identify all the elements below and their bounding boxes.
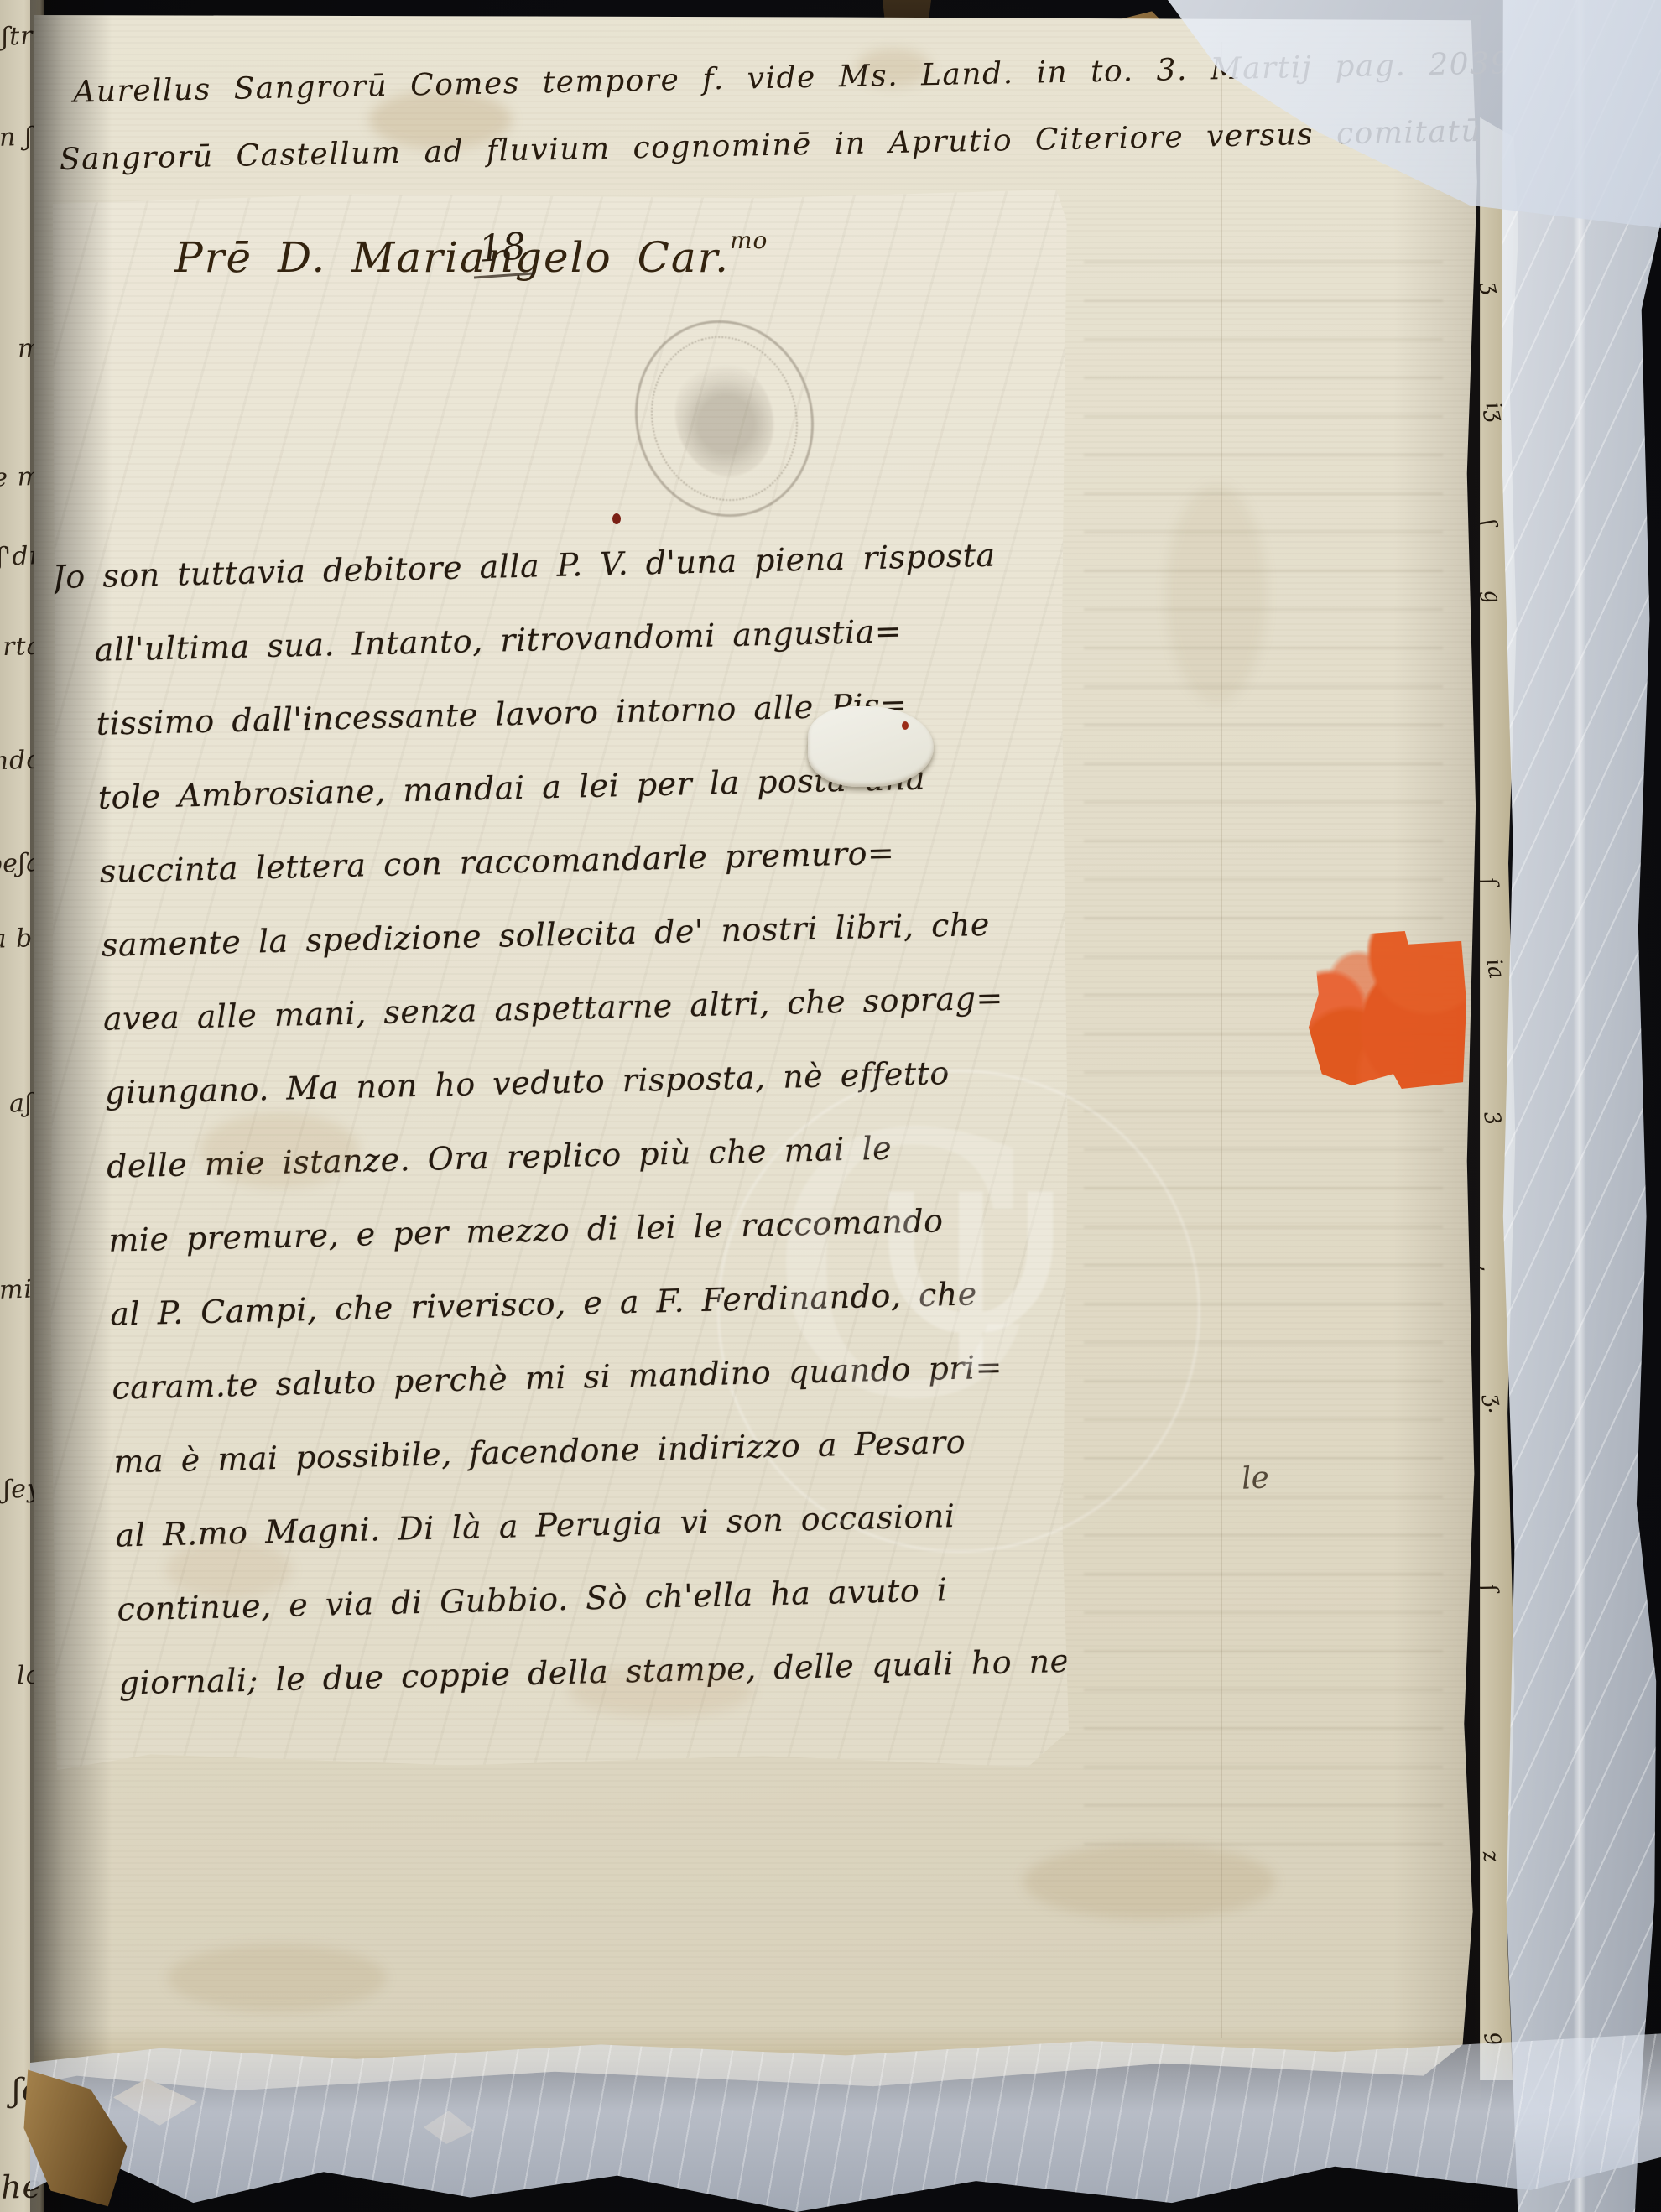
salutation-superscript: mo <box>730 226 768 254</box>
ink-fragment: z <box>1480 1848 1504 1865</box>
ink-fragment: ſ <box>1480 875 1502 888</box>
ink-fragment: ʒ. <box>1480 1392 1508 1416</box>
paper-stain <box>1023 1844 1275 1919</box>
page-curl <box>424 2111 474 2144</box>
spillover-word: le <box>1241 1460 1270 1496</box>
paper-stain <box>200 1112 359 1188</box>
ink-speck <box>612 513 621 524</box>
page-number: 18 <box>471 225 534 279</box>
letter-sheet: Prē D. Mariangelo Car.mo 18 Jo son tutta… <box>49 190 1069 1773</box>
ink-fragment: 3 <box>1480 1109 1506 1127</box>
manuscript-photo: ʃtri n ʃi m he m ʃ'dr harta vendo peʃa l… <box>0 0 1661 2212</box>
ink-fragment: , <box>1480 1262 1502 1273</box>
underleaf-edge: ʒ iʒ ʃ g ſ ia 3 , ʒ. ſ z 9 <box>1480 117 1518 2080</box>
ink-fragment: g <box>1480 587 1506 606</box>
ink-fragment: ʃ <box>1480 517 1501 528</box>
paper-stain <box>569 1666 753 1716</box>
ink-speck <box>902 721 909 730</box>
ink-fragment: 9 <box>1480 2030 1506 2048</box>
ink-fragment: he <box>0 2168 42 2206</box>
annotation-block: Aurellus Sangrorū Comes tempore f. vide … <box>58 31 1478 194</box>
ink-fragment: iʒ <box>1480 400 1508 424</box>
paper-stain <box>168 1944 386 2012</box>
torn-paper-notch <box>808 706 934 787</box>
salutation-text: Prē D. Mariangelo Car. <box>174 233 730 282</box>
ink-fragment: ſ <box>1480 1581 1502 1595</box>
paper-stain <box>166 1540 292 1599</box>
paper-fold-line <box>1221 42 1222 2038</box>
ink-fragment: ʒ <box>1480 279 1505 297</box>
ink-fragment: ia <box>1481 956 1509 981</box>
tissue-interleaf-right <box>1498 0 1661 2212</box>
letter-body: Jo son tuttavia debitore alla P. V. d'un… <box>47 517 1073 1721</box>
